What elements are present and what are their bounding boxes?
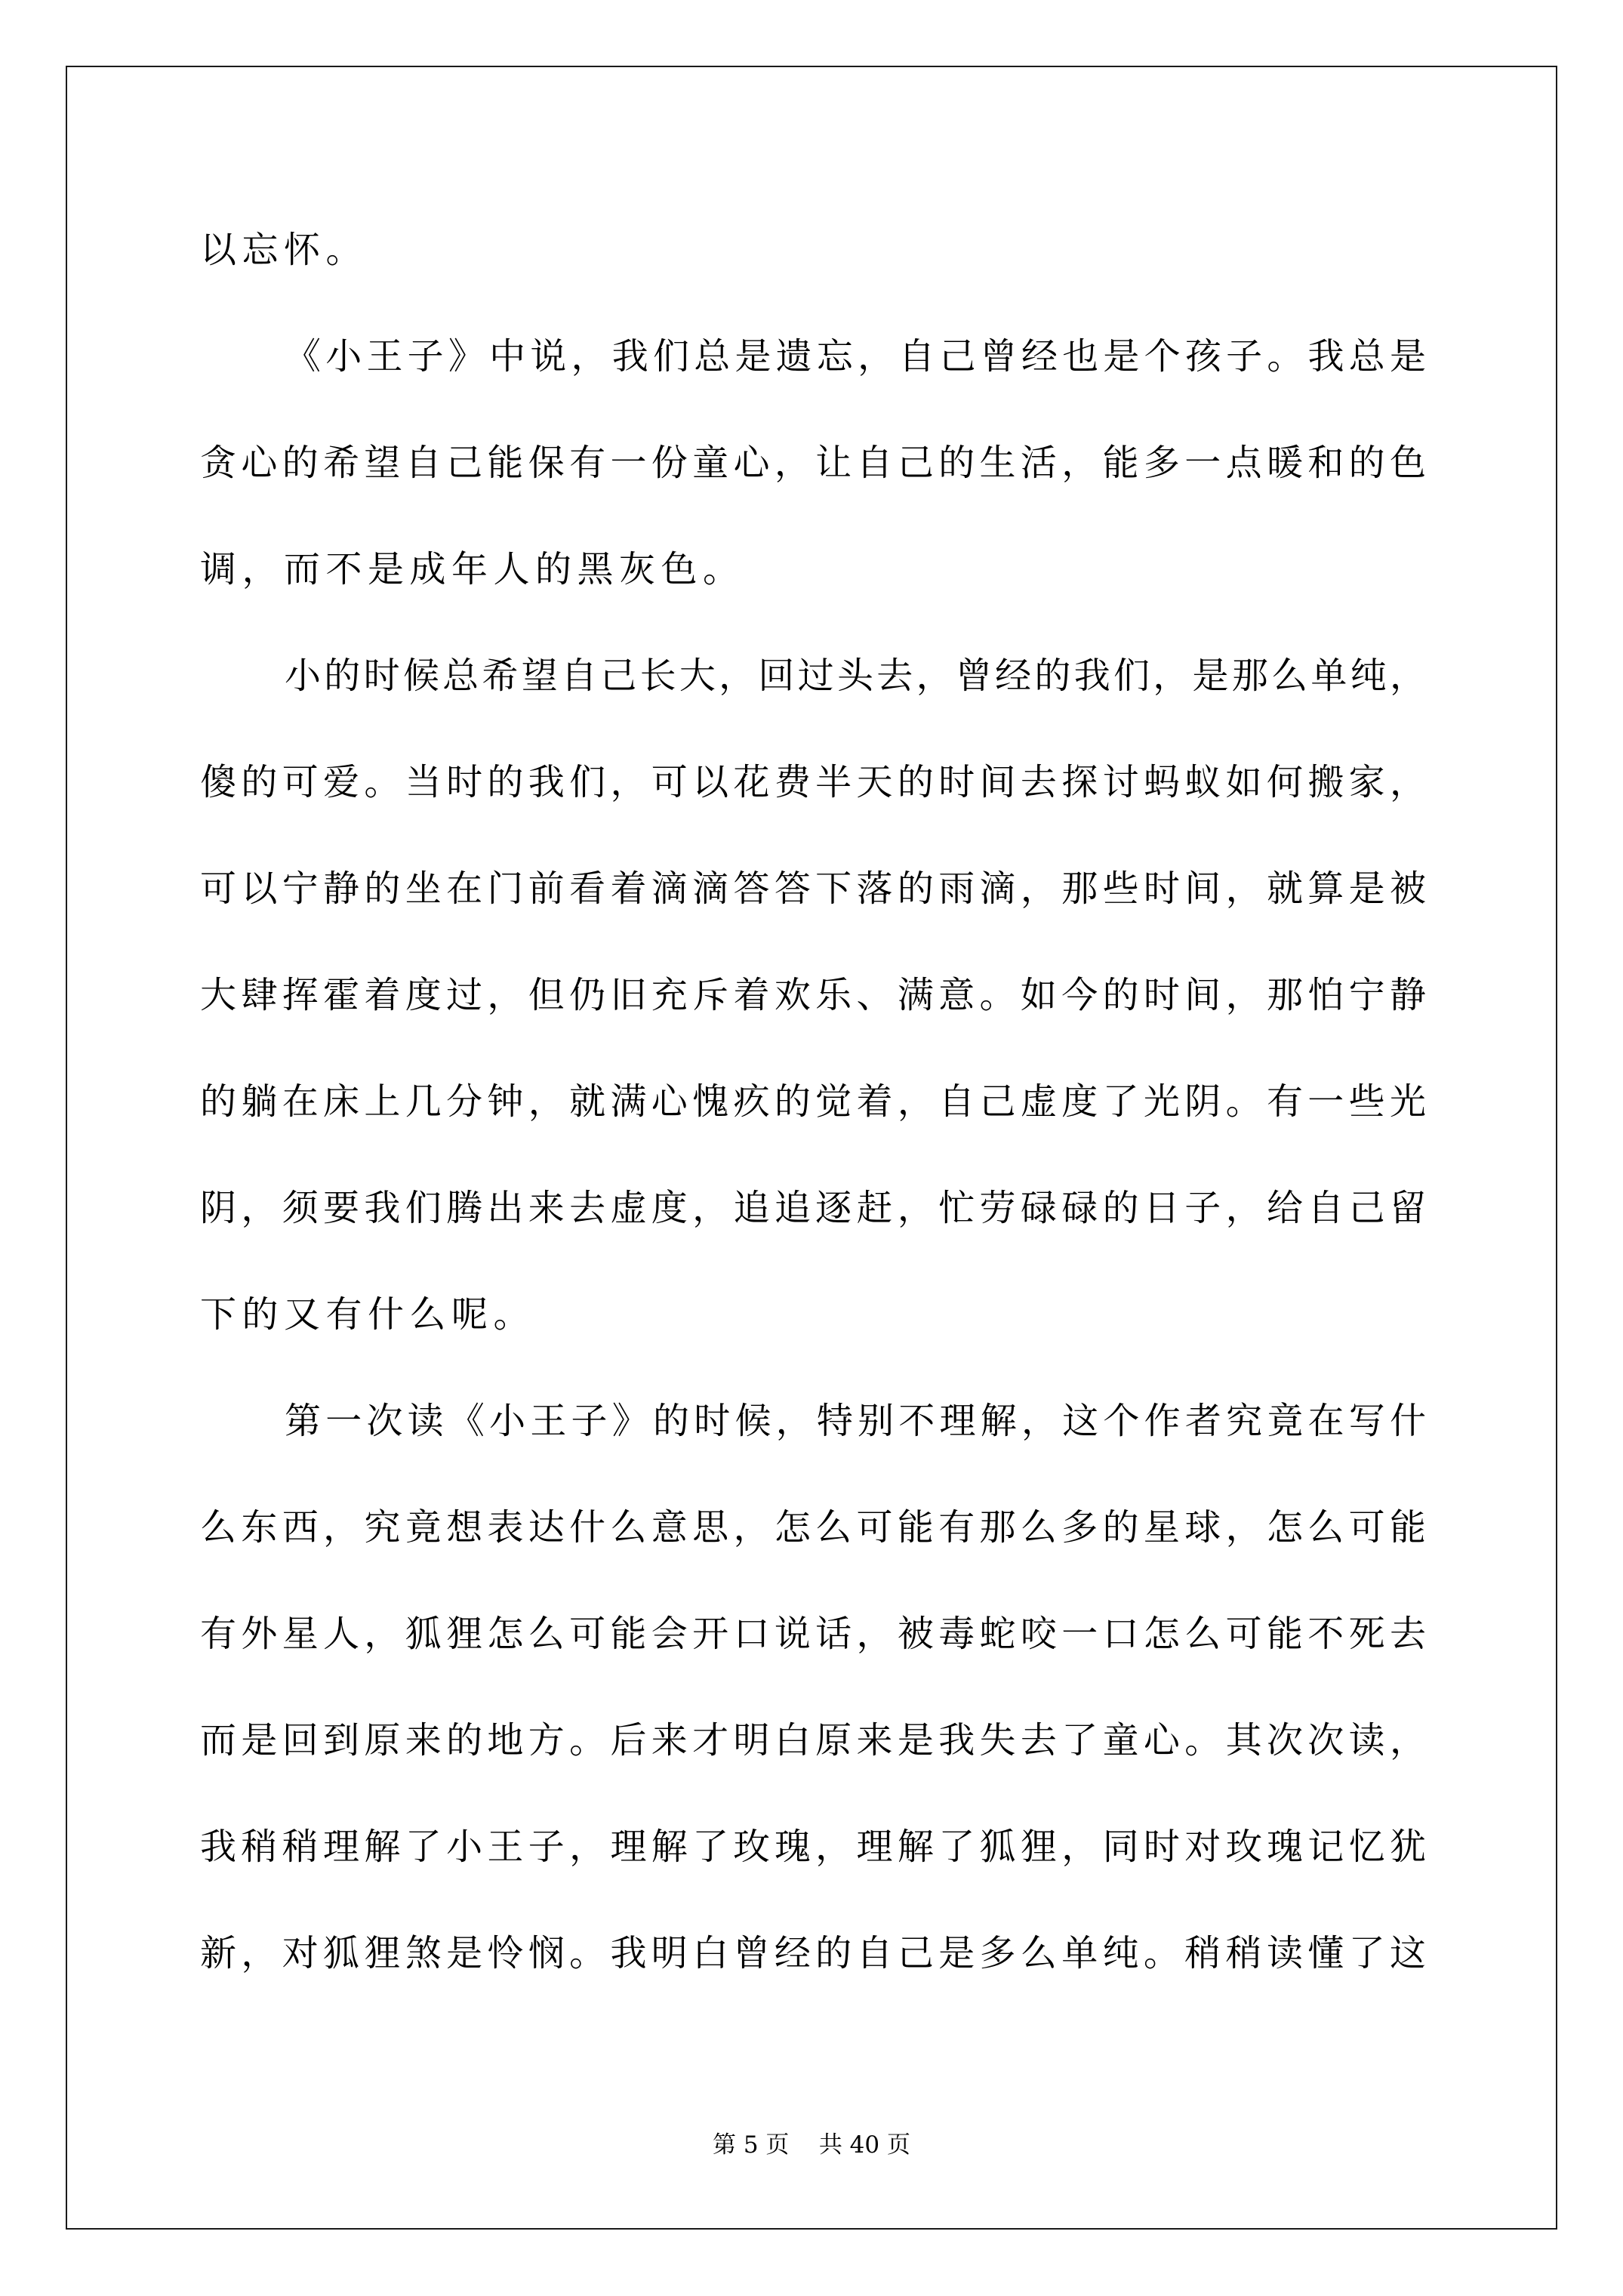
text-line: 大肆挥霍着度过，但仍旧充斥着欢乐、满意。如今的时间，那怕宁静 bbox=[200, 972, 1426, 1018]
text-line: 小的时候总希望自己长大，回过头去，曾经的我们，是那么单纯， bbox=[285, 653, 1426, 698]
text-line: 可以宁静的坐在门前看着滴滴答答下落的雨滴，那些时间，就算是被 bbox=[200, 866, 1426, 911]
text-line: 《小王子》中说，我们总是遗忘，自己曾经也是个孩子。我总是 bbox=[285, 334, 1426, 379]
text-line: 调，而不是成年人的黑灰色。 bbox=[200, 547, 1426, 592]
page-number-footer: 第 5 页 共 40 页 bbox=[0, 2131, 1623, 2159]
text-line: 的躺在床上几分钟，就满心愧疚的觉着，自己虚度了光阴。有一些光 bbox=[200, 1079, 1426, 1124]
text-line: 么东西，究竟想表达什么意思，怎么可能有那么多的星球，怎么可能 bbox=[200, 1505, 1426, 1550]
text-line: 阴，须要我们腾出来去虚度，追追逐赶，忙劳碌碌的日子，给自己留 bbox=[200, 1185, 1426, 1231]
text-line: 第一次读《小王子》的时候，特别不理解，这个作者究竟在写什 bbox=[285, 1398, 1426, 1444]
text-line: 以忘怀。 bbox=[200, 227, 1426, 273]
text-line: 傻的可爱。当时的我们，可以花费半天的时间去探讨蚂蚁如何搬家， bbox=[200, 760, 1426, 805]
text-line: 而是回到原来的地方。后来才明白原来是我失去了童心。其次次读， bbox=[200, 1718, 1426, 1763]
text-line: 我稍稍理解了小王子，理解了玫瑰，理解了狐狸，同时对玫瑰记忆犹 bbox=[200, 1824, 1426, 1869]
text-line: 有外星人，狐狸怎么可能会开口说话，被毒蛇咬一口怎么可能不死去 bbox=[200, 1611, 1426, 1657]
text-line: 下的又有什么呢。 bbox=[200, 1292, 1426, 1337]
page-border bbox=[66, 66, 1557, 2230]
text-line: 新，对狐狸煞是怜悯。我明白曾经的自己是多么单纯。稍稍读懂了这 bbox=[200, 1931, 1426, 1976]
text-line: 贪心的希望自己能保有一份童心，让自己的生活，能多一点暖和的色 bbox=[200, 440, 1426, 485]
